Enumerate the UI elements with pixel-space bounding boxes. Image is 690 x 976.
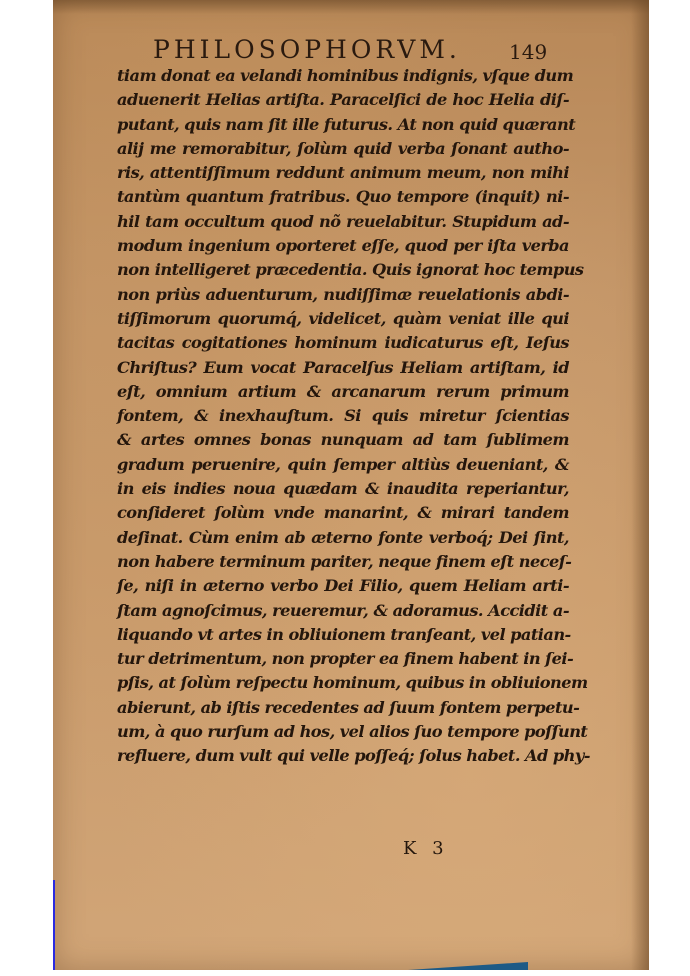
scan-edge-artifact bbox=[53, 880, 55, 970]
text-line: aduenerit Helias artiſta. Paracelſici de… bbox=[117, 88, 569, 112]
text-line: hil tam occultum quod nõ reuelabitur. St… bbox=[117, 210, 569, 234]
page-gutter-edge bbox=[631, 0, 649, 970]
text-line: non habere terminum pariter, neque finem… bbox=[117, 550, 569, 574]
text-line: modum ingenium oporteret eſſe, quod per … bbox=[117, 234, 569, 258]
text-line: deſinat. Cùm enim ab æterno fonte verboq… bbox=[117, 526, 569, 550]
text-line: ſe, niſi in æterno verbo Dei Filio, quem… bbox=[117, 574, 569, 598]
text-line: tiſſimorum quorumq́, videlicet, quàm ven… bbox=[117, 307, 569, 331]
text-line: conſideret ſolùm vnde manarint, & mirari… bbox=[117, 501, 569, 525]
text-line: tiam donat ea velandi hominibus indignis… bbox=[117, 64, 569, 88]
book-page: PHILOSOPHORVM. 149 tiam donat ea velandi… bbox=[53, 0, 649, 970]
text-line: abierunt, ab iſtis recedentes ad ſuum fo… bbox=[117, 696, 569, 720]
text-line: pſis, at ſolùm reſpectu hominum, quibus … bbox=[117, 671, 569, 695]
text-line: tur detrimentum, non propter ea finem ha… bbox=[117, 647, 569, 671]
text-line: gradum peruenire, quin ſemper altiùs deu… bbox=[117, 453, 569, 477]
text-line: ris, attentiſſimum reddunt animum meum, … bbox=[117, 161, 569, 185]
text-line: tantùm quantum fratribus. Quo tempore (i… bbox=[117, 185, 569, 209]
text-line: in eis indies noua quædam & inaudita rep… bbox=[117, 477, 569, 501]
running-title: PHILOSOPHORVM. bbox=[153, 34, 461, 66]
body-text: tiam donat ea velandi hominibus indignis… bbox=[117, 64, 569, 769]
text-line: alij me remorabitur, ſolùm quid verba ſo… bbox=[117, 137, 569, 161]
text-line: Chriſtus? Eum vocat Paracelſus Heliam ar… bbox=[117, 356, 569, 380]
text-line: ſtam agnoſcimus, reueremur, & adoramus. … bbox=[117, 599, 569, 623]
text-line: tacitas cogitationes hominum iudicaturus… bbox=[117, 331, 569, 355]
text-line: um, à quo rurſum ad hos, vel alios ſuo t… bbox=[117, 720, 569, 744]
text-line: refluere, dum vult qui velle poſſeq́; ſo… bbox=[117, 744, 569, 768]
running-head: PHILOSOPHORVM. 149 bbox=[153, 34, 553, 66]
page-top-shadow bbox=[53, 0, 649, 14]
signature-mark: K 3 bbox=[403, 838, 444, 859]
text-line: non priùs aduenturum, nudiſſimæ reuelati… bbox=[117, 283, 569, 307]
text-line: fontem, & inexhauſtum. Si quis miretur ſ… bbox=[117, 404, 569, 428]
text-line: eſt, omnium artium & arcanarum rerum pri… bbox=[117, 380, 569, 404]
text-line: non intelligeret præcedentia. Quis ignor… bbox=[117, 258, 569, 282]
text-line: & artes omnes bonas nunquam ad tam ſubli… bbox=[117, 428, 569, 452]
text-line: liquando vt artes in obliuionem tranſean… bbox=[117, 623, 569, 647]
text-line: putant, quis nam ſit ille futurus. At no… bbox=[117, 113, 569, 137]
